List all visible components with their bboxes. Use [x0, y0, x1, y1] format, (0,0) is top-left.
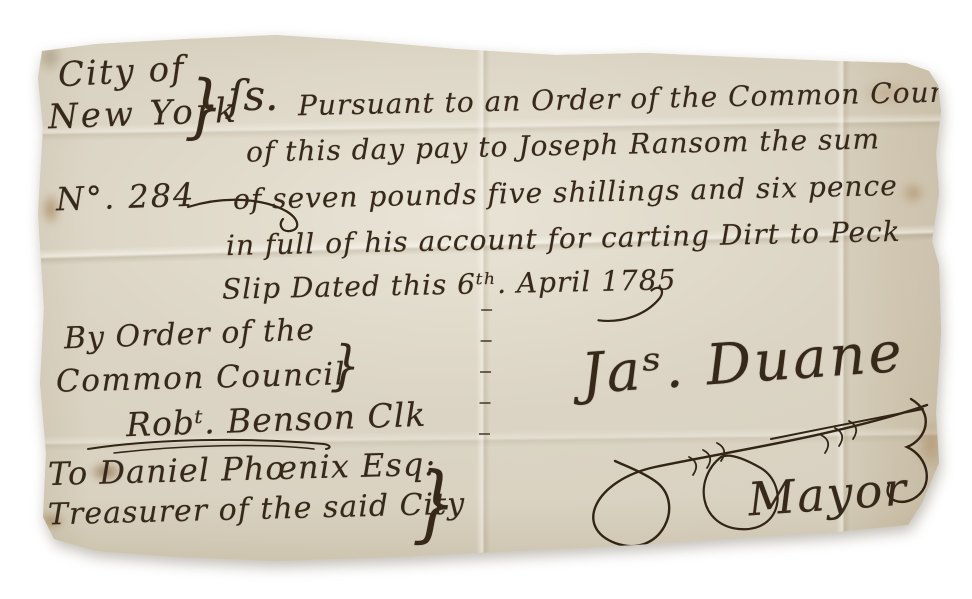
- by-order-line-1: By Order of the: [64, 316, 316, 355]
- mayor-title: Mayor: [747, 465, 910, 522]
- mayor-signature: Jaˢ. Duane: [579, 325, 906, 403]
- stain-spot: [900, 181, 926, 205]
- body-line: of this day pay to Joseph Ransom the sum: [246, 125, 880, 166]
- stain-spot: [914, 419, 948, 471]
- body-line: Pursuant to an Order of the Common Counc…: [298, 78, 972, 120]
- photo-background: City of New York } ſs. N°. 284 Pursuant …: [0, 0, 972, 599]
- addressee-line-1: To Daniel Phœnix Esq:: [48, 448, 437, 490]
- treasurer-brace: }: [412, 460, 458, 545]
- clerk-signature: Robᵗ. Benson Clk: [126, 398, 427, 441]
- place-line-1: City of: [57, 52, 186, 93]
- document-number: N°. 284: [55, 179, 195, 216]
- header-brace: }: [184, 70, 224, 141]
- ss-abbreviation: ſs.: [228, 75, 278, 117]
- stitch-marks: [479, 309, 492, 441]
- by-order-line-2: Common Council: [56, 359, 347, 398]
- manuscript-paper: City of New York } ſs. N°. 284 Pursuant …: [36, 33, 941, 561]
- body-line: of seven pounds five shillings and six p…: [233, 172, 898, 214]
- addressee-line-2: Treasurer of the said City: [48, 490, 466, 531]
- body-line: in full of his account for carting Dirt …: [226, 218, 901, 260]
- document-photo: City of New York } ſs. N°. 284 Pursuant …: [36, 33, 941, 561]
- body-line: Slip Dated this 6ᵗʰ. April 1785: [222, 266, 677, 304]
- council-brace: }: [330, 339, 361, 394]
